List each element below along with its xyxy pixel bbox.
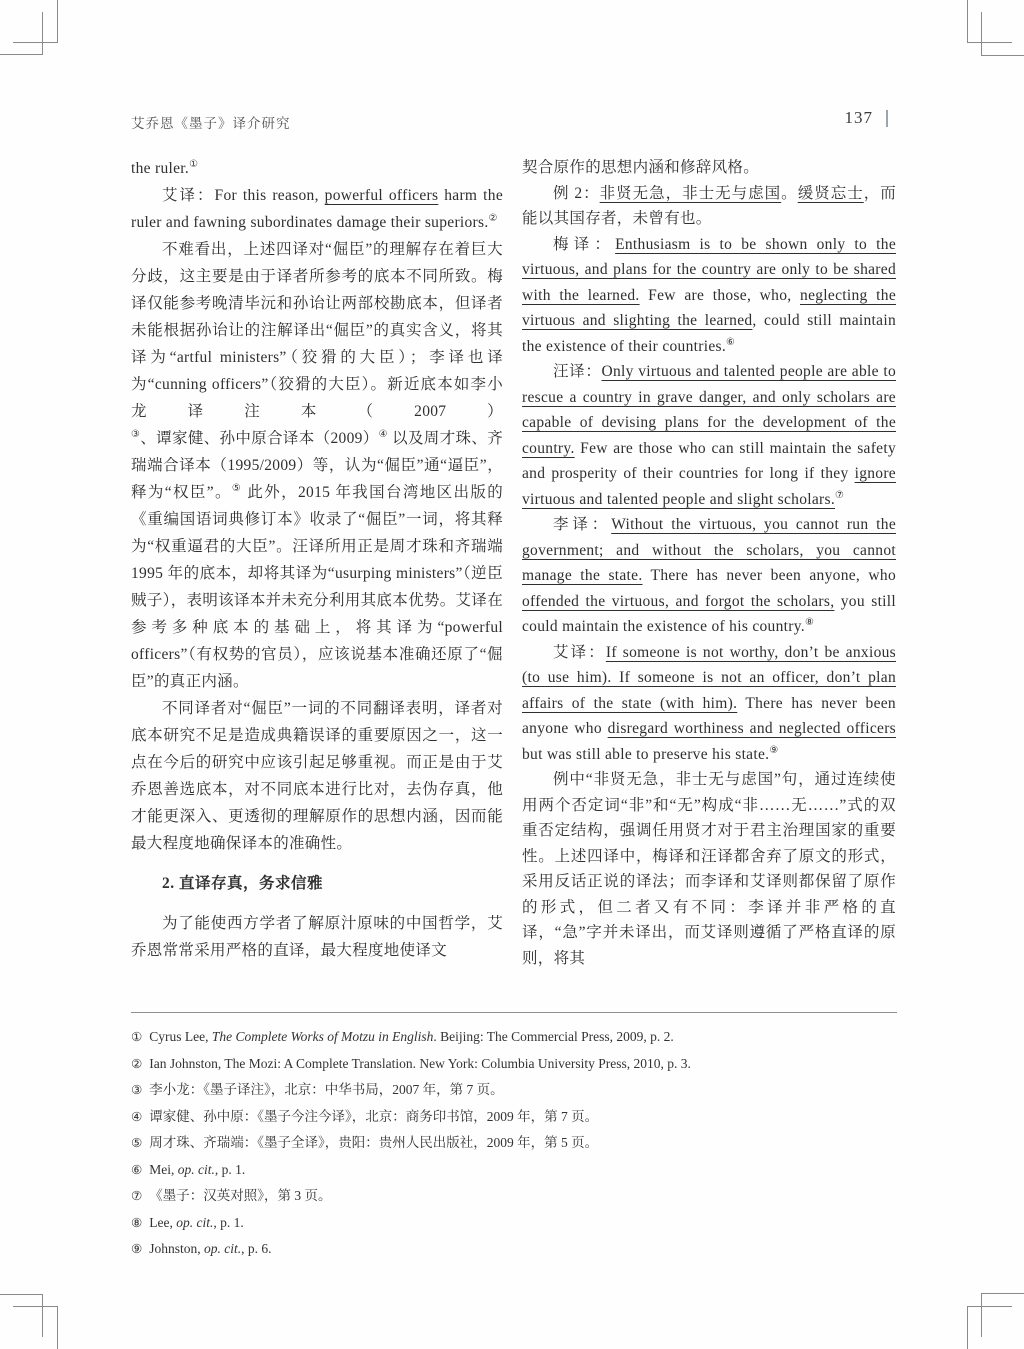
footnote-marker: ④ <box>131 1109 142 1124</box>
text-segment: 契合原作的思想内涵和修辞风格。 <box>522 159 759 176</box>
footnote-item: ⑧Lee, op. cit., p. 1. <box>131 1210 901 1237</box>
footnote-marker: ⑧ <box>131 1215 142 1230</box>
text-segment: 谭家健、孙中原：《墨子今注今译》，北京：商务印书馆，2009 年，第 7 页。 <box>149 1109 598 1124</box>
text-segment: 。 <box>781 185 798 202</box>
text-segment: Few are those who can still maintain the… <box>522 440 896 483</box>
paragraph: 汪译：Only virtuous and talented people are… <box>522 359 896 512</box>
paragraph: 契合原作的思想内涵和修辞风格。 <box>522 155 896 181</box>
paragraph: 李译：Without the virtuous, you cannot run … <box>522 512 896 640</box>
text-segment: op. cit. <box>176 1215 213 1230</box>
text-segment: 艾译： <box>553 644 606 661</box>
text-segment: 《墨子：汉英对照》，第 3 页。 <box>149 1188 331 1203</box>
footnote-marker: ⑤ <box>131 1135 142 1150</box>
text-segment: 梅译： <box>553 236 615 253</box>
text-segment: 此外，2015 年我国台湾地区出版的《重编国语词典修订本》收录了“倔臣”一词，将… <box>131 484 503 690</box>
underlined-segment: powerful officers <box>325 187 439 204</box>
text-segment: , p. 1. <box>213 1215 243 1230</box>
text-segment: There has never been anyone, who <box>643 567 896 584</box>
running-title: 艾乔恩《墨子》译介研究 <box>131 112 291 132</box>
underlined-segment: 非贤无急，非士无与虑国 <box>600 185 782 202</box>
text-segment: op. cit. <box>204 1241 241 1256</box>
footnote-item: ⑦《墨子：汉英对照》，第 3 页。 <box>131 1183 901 1210</box>
text-segment: . Beijing: The Commercial Press, 2009, p… <box>433 1029 673 1044</box>
footnote-ref: ⑧ <box>805 617 814 628</box>
footnote-ref: ① <box>189 159 198 170</box>
footnote-item: ⑤周才珠、齐瑞端：《墨子全译》，贵阳：贵州人民出版社，2009 年，第 5 页。 <box>131 1130 901 1157</box>
text-segment: , p. 1. <box>215 1162 245 1177</box>
text-segment: 例中“非贤无急，非士无与虑国”句，通过连续使用两个否定词“非”和“无”构成“非…… <box>522 771 896 967</box>
footnote-marker: ⑥ <box>131 1162 142 1177</box>
scanned-paper-page: 艾乔恩《墨子》译介研究 137 the ruler.①艾译：For this r… <box>0 0 1024 1349</box>
footnote-ref: ④ <box>379 429 388 440</box>
text-segment: 例 2： <box>553 185 600 202</box>
text-segment: op. cit. <box>178 1162 215 1177</box>
text-segment: 艾译：For this reason, <box>162 187 325 204</box>
paragraph: the ruler.① <box>131 155 503 182</box>
footnote-marker: ⑦ <box>131 1188 142 1203</box>
crop-mark-bottom-left-inner <box>0 1294 43 1337</box>
paragraph: 为了能使西方学者了解原汁原味的中国哲学，艾乔恩常常采用严格的直译，最大程度地使译… <box>131 910 503 964</box>
section-heading: 2. 直译存真，务求信雅 <box>131 870 503 897</box>
page-number-divider <box>886 110 888 127</box>
text-segment: , p. 6. <box>241 1241 271 1256</box>
footnote-rule <box>131 1012 897 1013</box>
right-column: 契合原作的思想内涵和修辞风格。例 2：非贤无急，非士无与虑国。缓贤忘士，而能以其… <box>522 155 896 971</box>
text-segment: 、谭家健、孙中原合译本（2009） <box>140 430 378 447</box>
paragraph: 梅译：Enthusiasm is to be shown only to the… <box>522 232 896 360</box>
page-number-block: 137 <box>845 108 889 128</box>
text-segment: Mei, <box>149 1162 178 1177</box>
paragraph: 例 2：非贤无急，非士无与虑国。缓贤忘士，而能以其国存者，未曾有也。 <box>522 181 896 232</box>
footnote-item: ⑨Johnston, op. cit., p. 6. <box>131 1236 901 1263</box>
page-number: 137 <box>845 108 874 128</box>
paragraph: 艾译：For this reason, powerful officers ha… <box>131 182 503 236</box>
crop-mark-top-right-inner <box>981 12 1024 56</box>
text-segment: 李小龙：《墨子译注》，北京：中华书局，2007 年，第 7 页。 <box>149 1082 503 1097</box>
text-segment: Ian Johnston, The Mozi: A Complete Trans… <box>149 1056 691 1071</box>
text-segment: Few are those, who, <box>640 287 800 304</box>
footnote-marker: ① <box>131 1029 142 1044</box>
text-segment: Lee, <box>149 1215 176 1230</box>
left-column: the ruler.①艾译：For this reason, powerful … <box>131 155 503 964</box>
text-segment: 为了能使西方学者了解原汁原味的中国哲学，艾乔恩常常采用严格的直译，最大程度地使译… <box>131 915 503 959</box>
footnote-item: ⑥Mei, op. cit., p. 1. <box>131 1157 901 1184</box>
footnote-ref: ② <box>489 213 498 224</box>
paragraph: 例中“非贤无急，非士无与虑国”句，通过连续使用两个否定词“非”和“无”构成“非…… <box>522 767 896 971</box>
text-segment: Cyrus Lee, <box>149 1029 212 1044</box>
footnote-item: ③李小龙：《墨子译注》，北京：中华书局，2007 年，第 7 页。 <box>131 1077 901 1104</box>
text-segment: 不同译者对“倔臣”一词的不同翻译表明，译者对底本研究不足是造成典籍误译的重要原因… <box>131 700 503 852</box>
footnote-item: ④谭家健、孙中原：《墨子今注今译》，北京：商务印书馆，2009 年，第 7 页。 <box>131 1104 901 1131</box>
footnote-item: ①Cyrus Lee, The Complete Works of Motzu … <box>131 1024 901 1051</box>
text-segment: 周才珠、齐瑞端：《墨子全译》，贵阳：贵州人民出版社，2009 年，第 5 页。 <box>149 1135 598 1150</box>
footnote-ref: ⑥ <box>726 336 735 347</box>
text-segment: 不难看出，上述四译对“倔臣”的理解存在着巨大分歧，这主要是由于译者所参考的底本不… <box>131 241 503 420</box>
underlined-segment: offended the virtuous, and forgot the sc… <box>522 593 834 610</box>
footnote-ref: ③ <box>131 429 140 440</box>
text-segment: the ruler. <box>131 160 189 177</box>
footnote-marker: ⑨ <box>131 1241 142 1256</box>
crop-mark-top-left-inner <box>0 12 43 55</box>
text-segment: The Complete Works of Motzu in English <box>212 1029 434 1044</box>
paragraph: 艾译：If someone is not worthy, don’t be an… <box>522 640 896 768</box>
footnote-item: ②Ian Johnston, The Mozi: A Complete Tran… <box>131 1051 901 1078</box>
footnote-ref: ⑨ <box>769 744 778 755</box>
text-segment: but was still able to preserve his state… <box>522 746 769 763</box>
underlined-segment: 缓贤忘士 <box>798 185 864 202</box>
footnote-ref: ⑤ <box>232 483 242 494</box>
footnote-ref: ⑦ <box>835 489 844 500</box>
paragraph: 不难看出，上述四译对“倔臣”的理解存在着巨大分歧，这主要是由于译者所参考的底本不… <box>131 236 503 695</box>
text-segment: Johnston, <box>149 1241 204 1256</box>
footnote-marker: ② <box>131 1056 142 1071</box>
text-segment: 2. 直译存真，务求信雅 <box>162 875 323 892</box>
paragraph: 不同译者对“倔臣”一词的不同翻译表明，译者对底本研究不足是造成典籍误译的重要原因… <box>131 695 503 857</box>
text-segment: 汪译： <box>553 363 601 380</box>
footnote-marker: ③ <box>131 1082 142 1097</box>
text-segment: 李译： <box>553 516 611 533</box>
underlined-segment: disregard worthiness and neglected offic… <box>608 720 896 737</box>
crop-mark-bottom-right-inner <box>981 1293 1024 1337</box>
footnote-list: ①Cyrus Lee, The Complete Works of Motzu … <box>131 1024 901 1263</box>
